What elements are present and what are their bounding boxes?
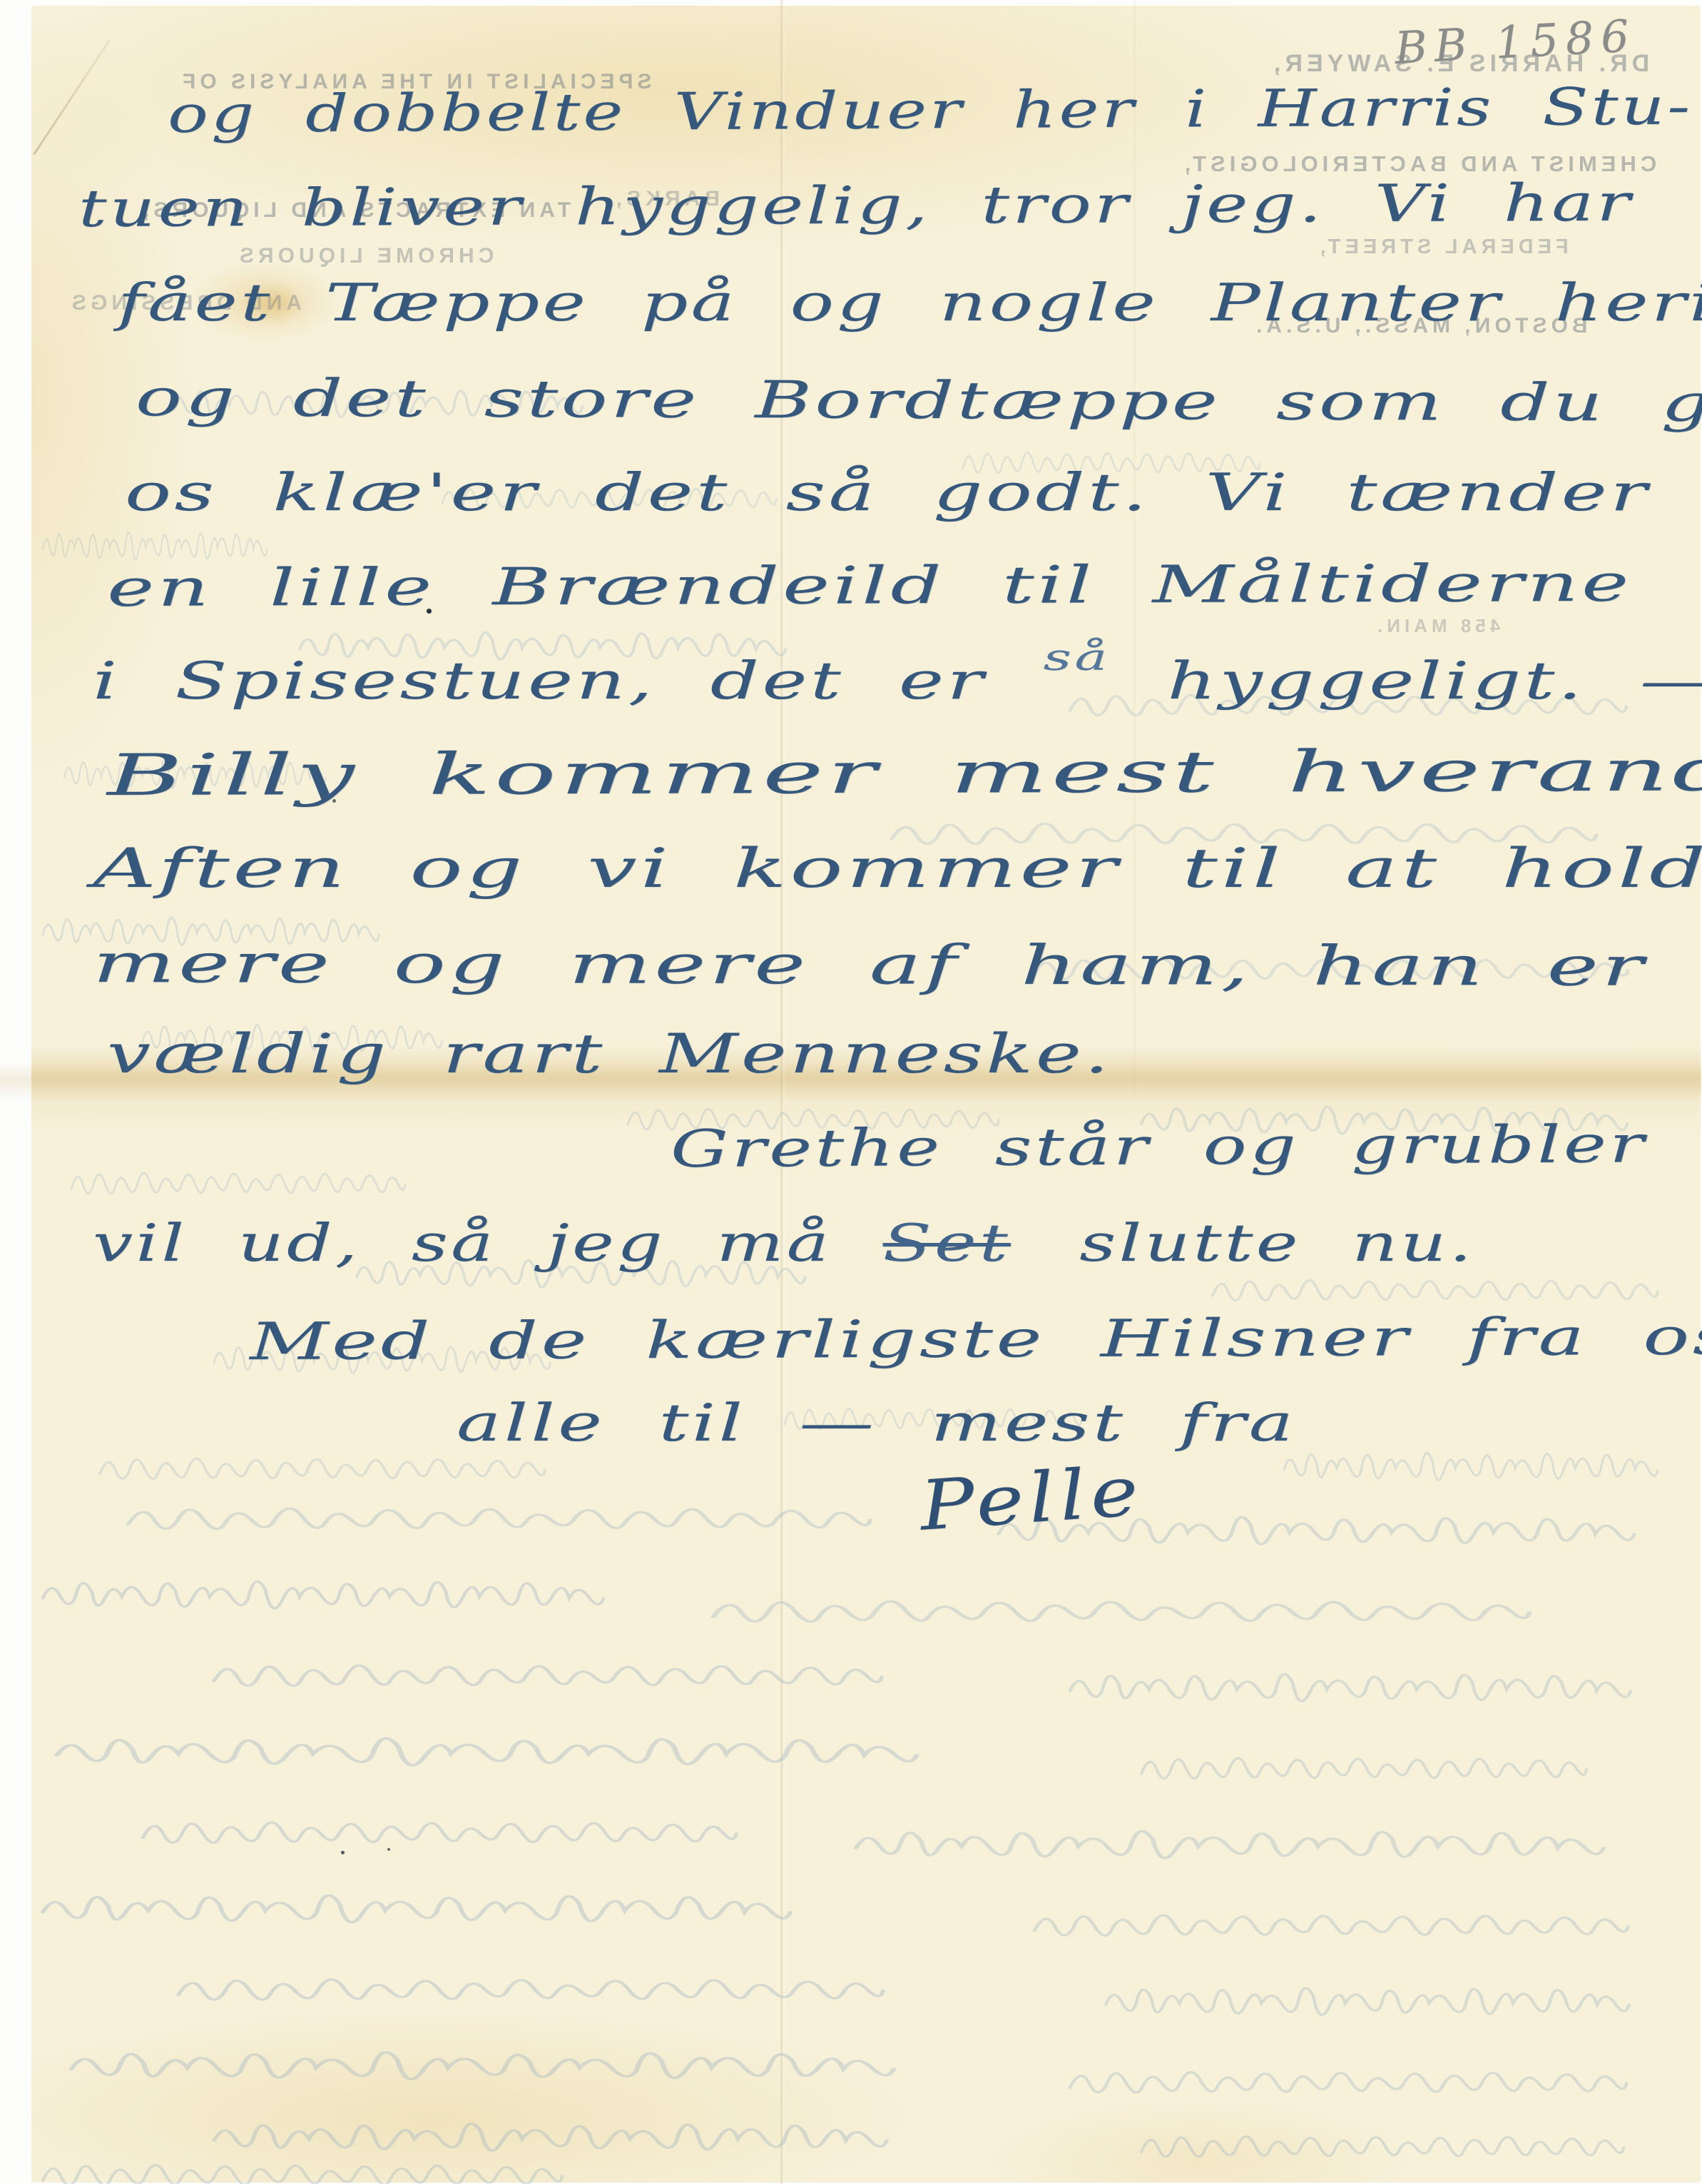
letter-line-8: Billy kommer mest hveranden bbox=[107, 737, 1702, 808]
crossed-out-word: Set bbox=[883, 1213, 1011, 1273]
letter-signature: Pelle bbox=[917, 1451, 1146, 1546]
ink-speck bbox=[387, 1848, 390, 1851]
letter-line-2: tuen bliver hyggelig, tror jeg. Vi har bbox=[78, 173, 1634, 238]
ink-speck bbox=[341, 1851, 345, 1854]
letter-line-7-post: hyggeligt. — bbox=[1167, 651, 1702, 711]
letter-line-12: Grethe står og grubler og bbox=[671, 1113, 1702, 1179]
letter-line-3: fået Tæppe på og nogle Planter herind bbox=[118, 273, 1702, 332]
letter-line-9: Aften og vi kommer til at holde bbox=[93, 836, 1702, 900]
letter-line-7: i Spisestuen, det er så hyggeligt. — bbox=[93, 651, 1702, 711]
bleedthrough-letterhead-chrome: CHROME LIQUORS bbox=[235, 244, 494, 268]
letter-line-14: Med de kærligste Hilsner fra os bbox=[250, 1306, 1702, 1371]
letter-line-10: mere og mere af ham, han er et bbox=[93, 931, 1702, 998]
letter-line-5: os klæ'er det så godt. Vi tænder bbox=[125, 462, 1650, 522]
bleedthrough-letterhead-phone: 458 MAIN. bbox=[1373, 615, 1500, 637]
letter-line-11: vældig rart Menneske. bbox=[107, 1022, 1112, 1085]
bleedthrough-letterhead-street: FEDERAL STREET, bbox=[1316, 235, 1569, 259]
letter-line-15: alle til — mest fra bbox=[457, 1393, 1296, 1453]
letter-line-6: en lille Brændeild til Måltiderne bbox=[107, 553, 1632, 618]
letter-line-13: vil ud, så jeg må Set slutte nu. bbox=[93, 1213, 1474, 1273]
letter-line-7-pre: i Spisestuen, det er bbox=[93, 651, 987, 711]
letter-line-1: og dobbelte Vinduer her i Harris Stu- bbox=[168, 76, 1693, 144]
letter-line-13-post: slutte nu. bbox=[1079, 1213, 1474, 1273]
letter-line-7-inserted-word: så bbox=[1044, 636, 1111, 679]
scanned-letter-page: DR. HARRIS E. SAWYER, CHEMIST AND BACTER… bbox=[0, 0, 1702, 2184]
letter-line-13-pre: vil ud, så jeg må bbox=[93, 1213, 832, 1273]
letter-line-4: og det store Bordtæppe som du gav bbox=[136, 367, 1702, 433]
